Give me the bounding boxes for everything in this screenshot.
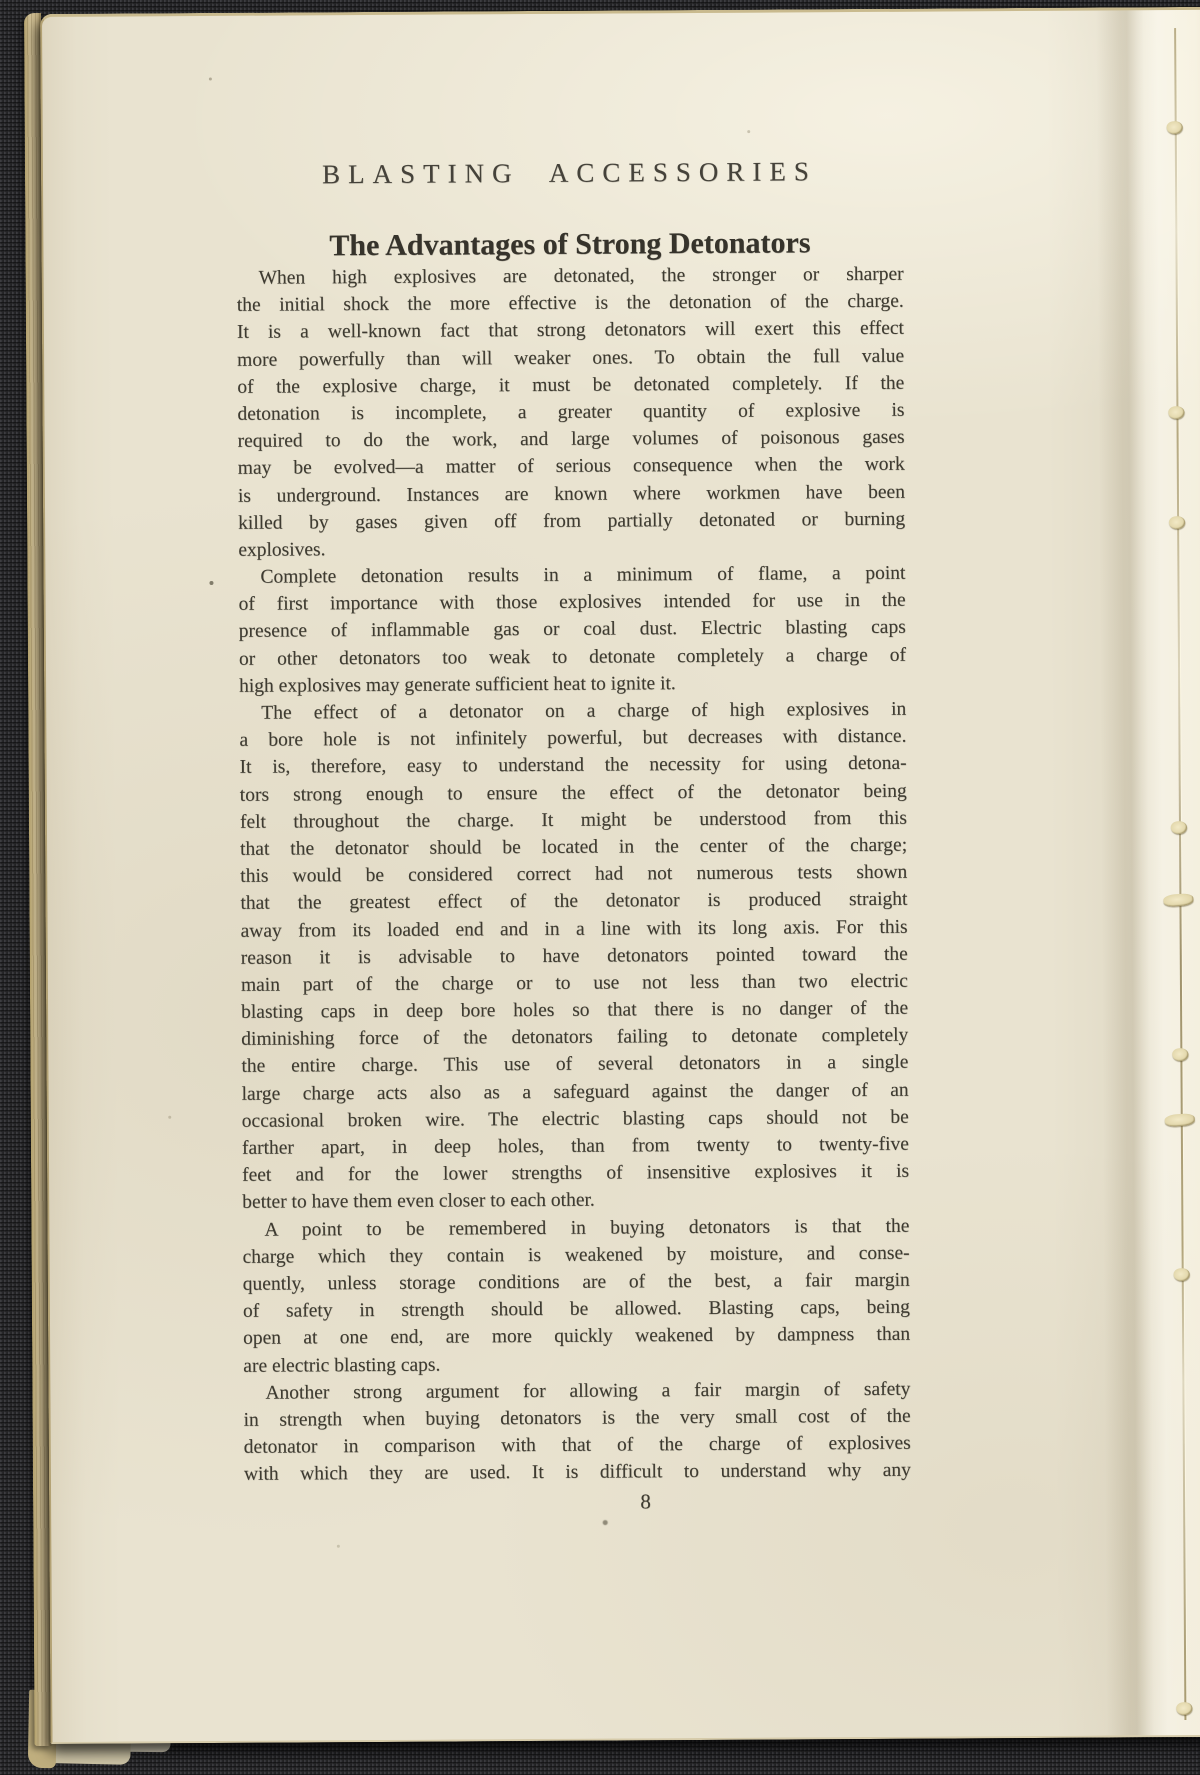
text-line: felt throughout the charge. It might be …: [240, 804, 907, 835]
page-content: BLASTING ACCESSORIES The Advantages of S…: [235, 12, 911, 1516]
text-line: with which they are used. It is difficul…: [244, 1457, 911, 1488]
text-line: of the explosive charge, it must be deto…: [237, 369, 904, 400]
paragraph-lines: When high explosives are detonated, the …: [237, 261, 906, 564]
text-line: a bore hole is not infinitely powerful, …: [239, 723, 906, 754]
book-page-block: BLASTING ACCESSORIES The Advantages of S…: [40, 7, 1200, 1744]
text-line: better to have them even closer to each …: [242, 1185, 909, 1216]
text-line: occasional broken wire. The electric bla…: [242, 1104, 909, 1135]
paragraph-lines: Complete detonation results in a minimum…: [238, 560, 906, 700]
text-line: Another strong argument for allowing a f…: [243, 1375, 910, 1406]
text-line: farther apart, in deep holes, than from …: [242, 1131, 909, 1162]
paragraph-lines: The effect of a detonator on a charge of…: [239, 696, 909, 1217]
text-line: in strength when buying detonators is th…: [244, 1403, 911, 1434]
body-text: When high explosives are detonated, the …: [237, 261, 911, 1488]
paragraph: Another strong argument for allowing a f…: [243, 1375, 911, 1488]
section-title: The Advantages of Strong Detonators: [236, 226, 903, 264]
text-line: It is a well-known fact that strong deto…: [237, 315, 904, 346]
text-line: The effect of a detonator on a charge of…: [239, 696, 906, 727]
text-line: feet and for the lower strengths of inse…: [242, 1158, 909, 1189]
text-line: killed by gases given off from partially…: [238, 505, 905, 536]
text-line: the initial shock the more effective is …: [237, 288, 904, 319]
text-line: is underground. Instances are known wher…: [238, 478, 905, 509]
text-line: quently, unless storage conditions are o…: [243, 1267, 910, 1298]
paragraph: The effect of a detonator on a charge of…: [239, 696, 909, 1217]
photo-background: BLASTING ACCESSORIES The Advantages of S…: [0, 0, 1200, 1775]
text-line: this would be considered correct had not…: [240, 859, 907, 890]
text-line: charge which they contain is weakened by…: [243, 1239, 910, 1270]
text-line: Complete detonation results in a minimum…: [238, 560, 905, 591]
paragraph-lines: A point to be remembered in buying deton…: [242, 1212, 910, 1379]
text-line: may be evolved—a matter of serious conse…: [238, 451, 905, 482]
text-line: that the greatest effect of the detonato…: [240, 886, 907, 917]
text-line: are electric blasting caps.: [243, 1348, 910, 1379]
text-line: reason it is advisable to have detonator…: [241, 940, 908, 971]
text-line: of first importance with those explosive…: [239, 587, 906, 618]
text-line: explosives.: [238, 533, 905, 564]
text-line: of safety in strength should be allowed.…: [243, 1294, 910, 1325]
text-line: diminishing force of the detonators fail…: [241, 1022, 908, 1053]
text-line: It is, therefore, easy to understand the…: [240, 750, 907, 781]
text-line: tors strong enough to ensure the effect …: [240, 777, 907, 808]
book-page: BLASTING ACCESSORIES The Advantages of S…: [40, 7, 1200, 1744]
text-line: presence of inflammable gas or coal dust…: [239, 614, 906, 645]
text-line: required to do the work, and large volum…: [238, 424, 905, 455]
running-header: BLASTING ACCESSORIES: [236, 158, 903, 188]
paragraph: A point to be remembered in buying deton…: [242, 1212, 910, 1379]
text-line: or other detonators too weak to detonate…: [239, 641, 906, 672]
text-line: main part of the charge or to use not le…: [241, 968, 908, 999]
text-line: detonator in comparison with that of the…: [244, 1430, 911, 1461]
text-line: A point to be remembered in buying deton…: [242, 1212, 909, 1243]
paper-specks: [42, 17, 44, 19]
text-line: away from its loaded end and in a line w…: [241, 913, 908, 944]
text-line: more powerfully than will weaker ones. T…: [237, 342, 904, 373]
paragraph: When high explosives are detonated, the …: [237, 261, 906, 564]
text-line: large charge acts also as a safeguard ag…: [242, 1076, 909, 1107]
paragraph-lines: Another strong argument for allowing a f…: [243, 1375, 911, 1488]
text-line: When high explosives are detonated, the …: [237, 261, 904, 292]
text-line: the entire charge. This use of several d…: [241, 1049, 908, 1080]
page-number: 8: [640, 1490, 651, 1514]
text-line: that the detonator should be located in …: [240, 832, 907, 863]
text-line: detonation is incomplete, a greater quan…: [237, 397, 904, 428]
paragraph: Complete detonation results in a minimum…: [238, 560, 906, 700]
text-line: blasting caps in deep bore holes so that…: [241, 995, 908, 1026]
text-line: high explosives may generate sufficient …: [239, 669, 906, 700]
text-line: open at one end, are more quickly weaken…: [243, 1321, 910, 1352]
